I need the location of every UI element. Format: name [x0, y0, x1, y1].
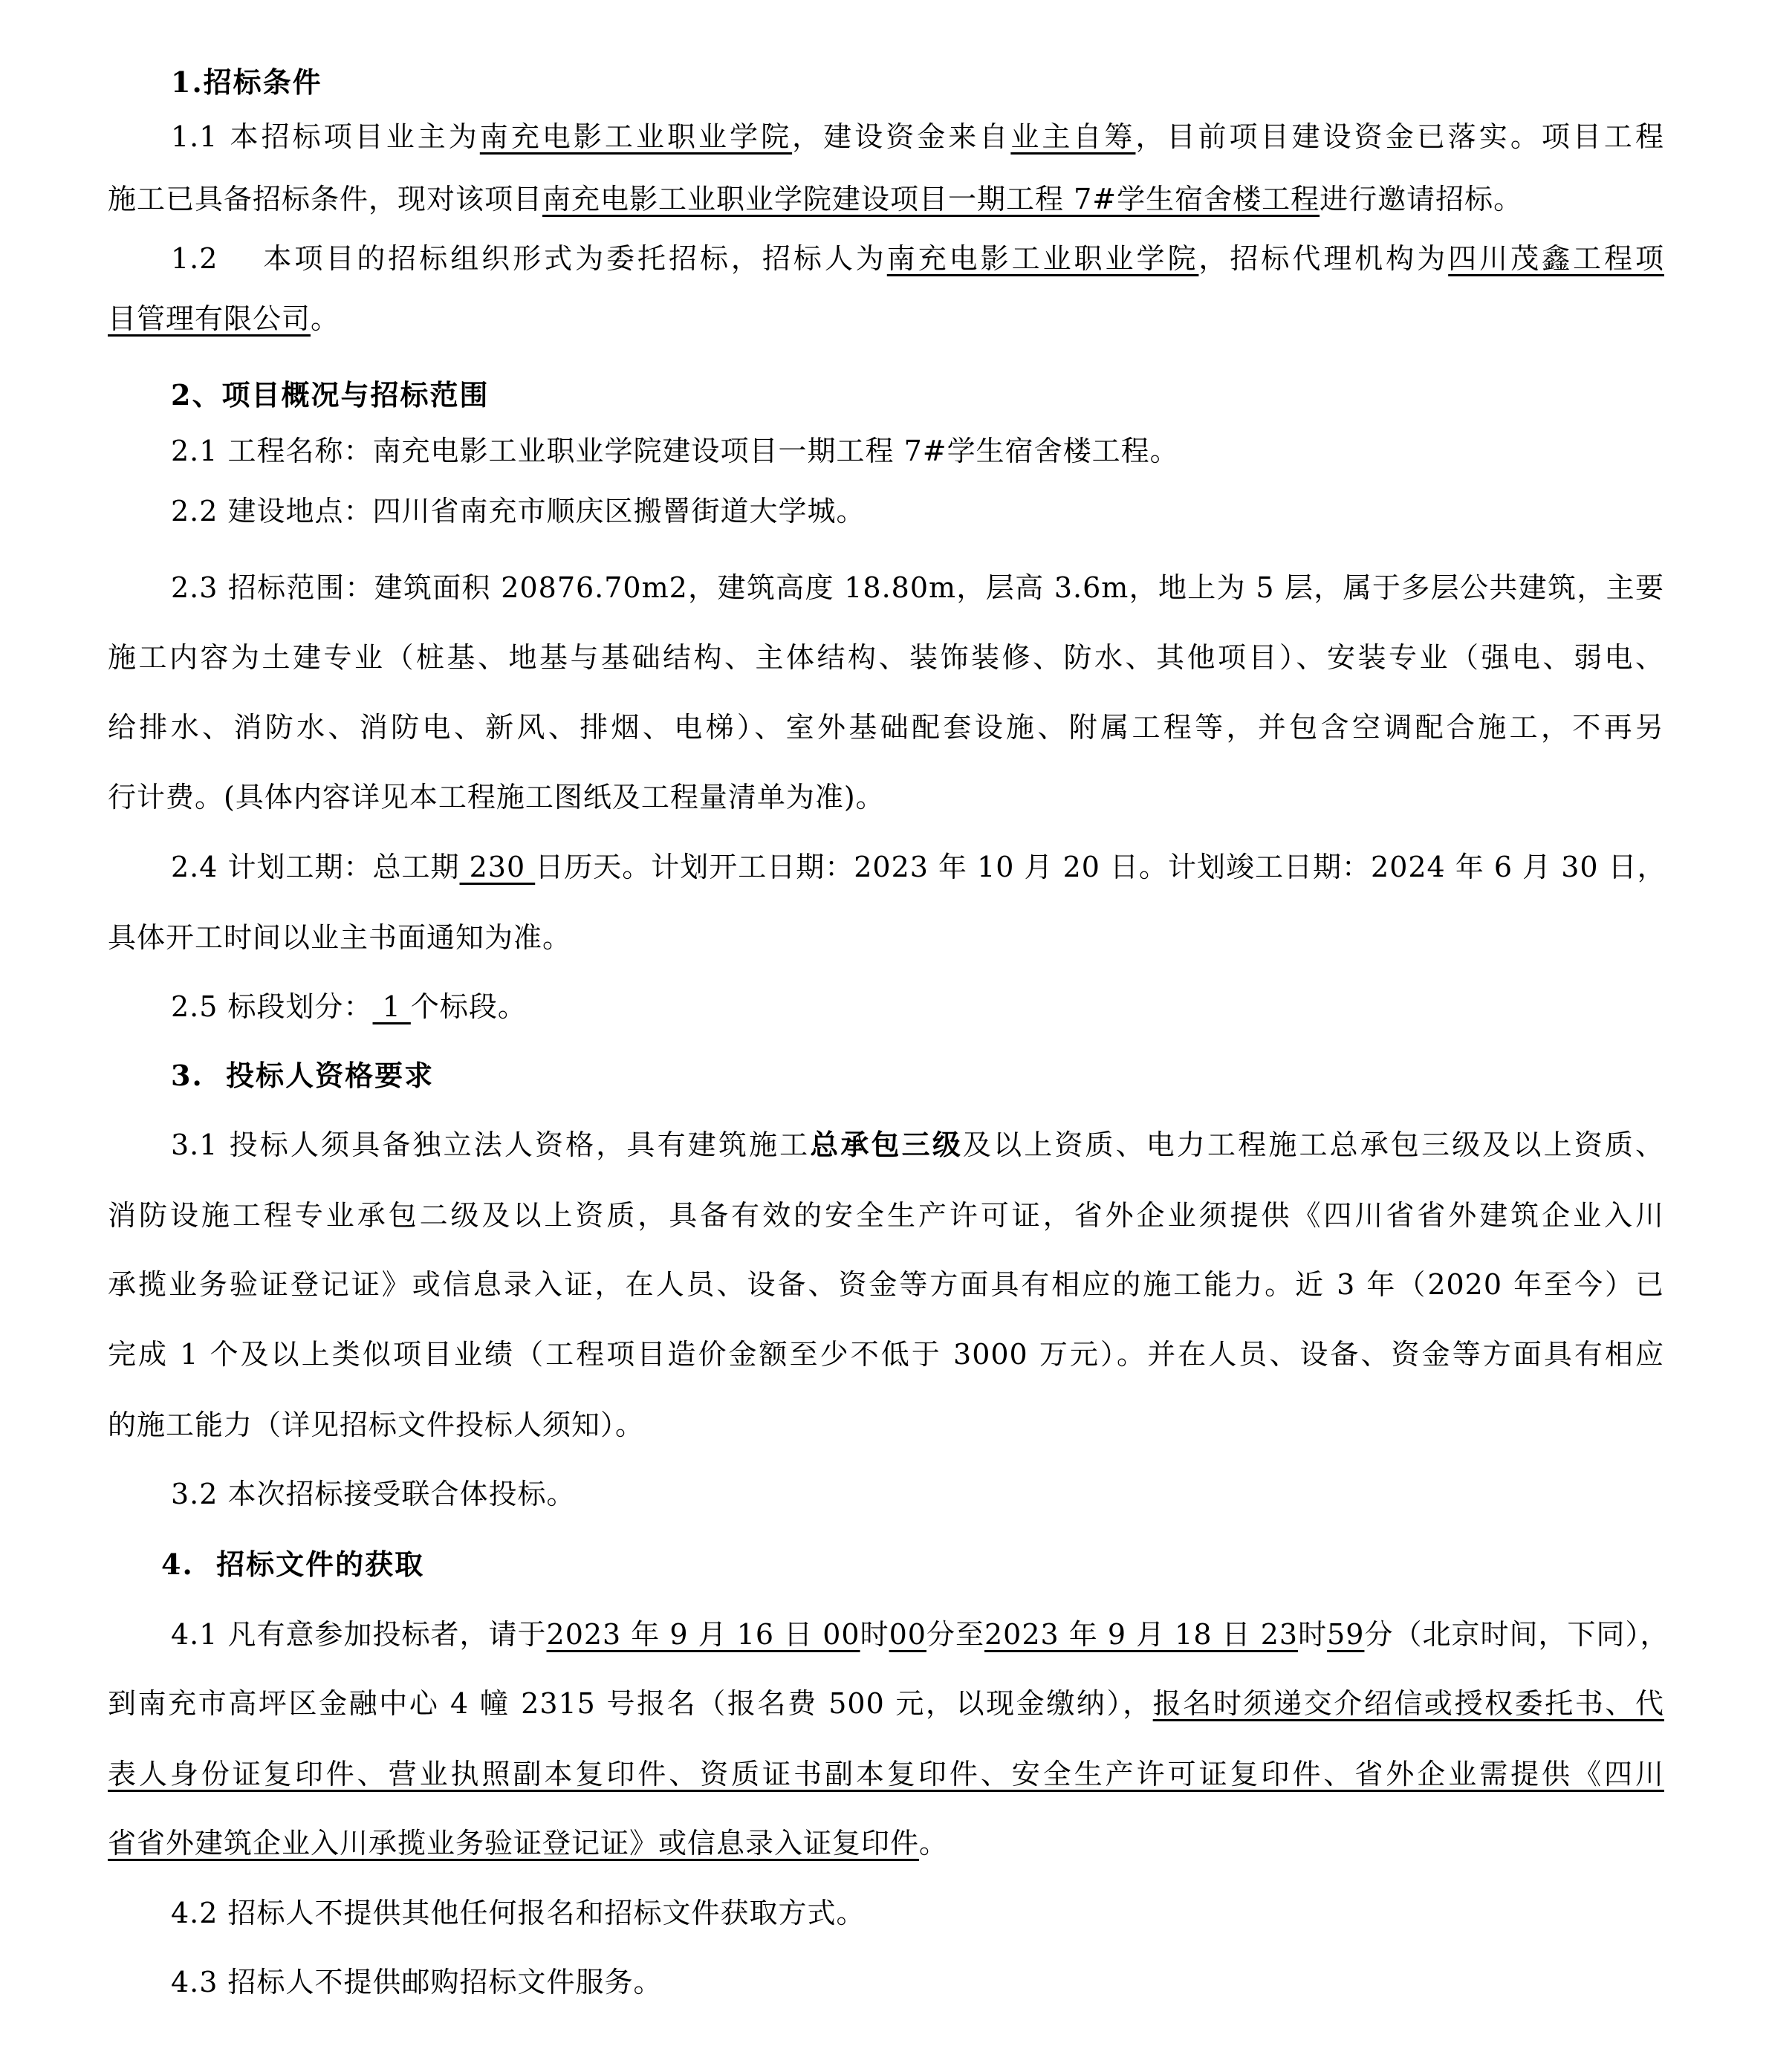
registration-requirements: 省省外建筑企业入川承揽业务验证登记证》或信息录入证复印件 — [108, 1827, 919, 1860]
text: 2.3 招标范围：建筑面积 20876.70m2，建筑高度 18.80m，层高 … — [171, 571, 1664, 604]
registration-start-date: 2023 年 9 月 16 日 00 — [547, 1618, 860, 1651]
text: 分（北京时间，下同）， — [1364, 1618, 1669, 1651]
paragraph-2-2: 2.2 建设地点：四川省南充市顺庆区搬罾街道大学城。 — [171, 493, 1664, 530]
text: 给排水、消防水、消防电、新风、排烟、电梯）、室外基础配套设施、附属工程等，并包含… — [108, 711, 1664, 744]
paragraph-4-1-line-2: 到南充市高坪区金融中心 4 幢 2315 号报名（报名费 500 元，以现金缴纳… — [108, 1685, 1664, 1722]
text: 4.3 招标人不提供邮购招标文件服务。 — [171, 1966, 663, 1998]
text: 施工内容为土建专业（桩基、地基与基础结构、主体结构、装饰装修、防水、其他项目）、… — [108, 641, 1664, 674]
section-3-heading: 3. 投标人资格要求 — [171, 1057, 1664, 1094]
text: 到南充市高坪区金融中心 4 幢 2315 号报名（报名费 500 元，以现金缴纳… — [108, 1687, 1153, 1720]
paragraph-1-2-line-1: 1.2 本项目的招标组织形式为委托招标，招标人为南充电影工业职业学院，招标代理机… — [171, 240, 1664, 277]
text: 3.1 投标人须具备独立法人资格，具有建筑施工 — [171, 1128, 810, 1161]
text: 时 — [860, 1618, 889, 1651]
paragraph-3-1-line-2: 消防设施工程专业承包二级及以上资质，具备有效的安全生产许可证，省外企业须提供《四… — [108, 1197, 1664, 1234]
paragraph-3-1-line-5: 的施工能力（详见招标文件投标人须知）。 — [108, 1406, 1664, 1443]
paragraph-1-1-line-1: 1.1 本招标项目业主为南充电影工业职业学院，建设资金来自业主自筹，目前项目建设… — [171, 118, 1664, 155]
registration-requirements: 报名时须递交介绍信或授权委托书、代 — [1153, 1687, 1664, 1720]
owner-name: 南充电影工业职业学院 — [480, 120, 792, 153]
text: 进行邀请招标。 — [1320, 183, 1522, 215]
text: 4.2 招标人不提供其他任何报名和招标文件获取方式。 — [171, 1897, 866, 1929]
paragraph-2-1: 2.1 工程名称：南充电影工业职业学院建设项目一期工程 7#学生宿舍楼工程。 — [171, 432, 1664, 470]
text: 2.1 工程名称：南充电影工业职业学院建设项目一期工程 7#学生宿舍楼工程。 — [171, 435, 1179, 467]
paragraph-2-4-line-1: 2.4 计划工期：总工期 230 日历天。计划开工日期：2023 年 10 月 … — [171, 848, 1664, 886]
text: 日历天。计划开工日期：2023 年 10 月 20 日。计划竣工日期：2024 … — [535, 851, 1666, 883]
text: ，建设资金来自 — [792, 120, 1010, 153]
paragraph-2-5: 2.5 标段划分： 1 个标段。 — [171, 988, 1664, 1025]
text: 4.1 凡有意参加投标者，请于 — [171, 1618, 547, 1651]
funding-source: 业主自筹 — [1010, 120, 1135, 153]
text: 时 — [1298, 1618, 1327, 1651]
agency-name: 四川茂鑫工程项 — [1448, 242, 1664, 275]
qualification-level: 总承包三级 — [810, 1128, 963, 1161]
text: ，招标代理机构为 — [1198, 242, 1448, 275]
text: 2.5 标段划分： — [171, 990, 373, 1023]
project-name: 南充电影工业职业学院建设项目一期工程 7#学生宿舍楼工程 — [542, 183, 1320, 215]
lot-count: 1 — [373, 990, 411, 1023]
paragraph-2-3-line-3: 给排水、消防水、消防电、新风、排烟、电梯）、室外基础配套设施、附属工程等，并包含… — [108, 709, 1664, 746]
registration-requirements: 表人身份证复印件、营业执照副本复印件、资质证书副本复印件、安全生产许可证复印件、… — [108, 1758, 1664, 1790]
paragraph-4-3: 4.3 招标人不提供邮购招标文件服务。 — [171, 1964, 1664, 2001]
text: 1.1 本招标项目业主为 — [171, 120, 480, 153]
text: 消防设施工程专业承包二级及以上资质，具备有效的安全生产许可证，省外企业须提供《四… — [108, 1199, 1664, 1232]
paragraph-3-2: 3.2 本次招标接受联合体投标。 — [171, 1475, 1664, 1513]
agency-name: 目管理有限公司 — [108, 302, 311, 335]
registration-end-date: 2023 年 9 月 18 日 23 — [984, 1618, 1298, 1651]
heading-text: 1.招标条件 — [171, 65, 322, 99]
text: 承揽业务验证登记证》或信息录入证，在人员、设备、资金等方面具有相应的施工能力。近… — [108, 1268, 1664, 1301]
paragraph-2-4-line-2: 具体开工时间以业主书面通知为准。 — [108, 919, 1664, 956]
paragraph-4-1-line-1: 4.1 凡有意参加投标者，请于2023 年 9 月 16 日 00时00分至20… — [171, 1616, 1664, 1653]
text: 2.2 建设地点：四川省南充市顺庆区搬罾街道大学城。 — [171, 495, 866, 527]
text: ，目前项目建设资金已落实。项目工程 — [1135, 120, 1664, 153]
text: 施工已具备招标条件，现对该项目 — [108, 183, 542, 215]
paragraph-2-3-line-2: 施工内容为土建专业（桩基、地基与基础结构、主体结构、装饰装修、防水、其他项目）、… — [108, 639, 1664, 676]
paragraph-3-1-line-1: 3.1 投标人须具备独立法人资格，具有建筑施工总承包三级及以上资质、电力工程施工… — [171, 1126, 1664, 1163]
paragraph-1-2-line-2: 目管理有限公司。 — [108, 300, 1664, 337]
section-2-heading: 2、项目概况与招标范围 — [171, 377, 1664, 414]
paragraph-2-3-line-1: 2.3 招标范围：建筑面积 20876.70m2，建筑高度 18.80m，层高 … — [171, 569, 1664, 606]
paragraph-4-1-line-4: 省省外建筑企业入川承揽业务验证登记证》或信息录入证复印件。 — [108, 1825, 1664, 1862]
text: 行计费。(具体内容详见本工程施工图纸及工程量清单为准)。 — [108, 781, 885, 813]
tenderer-name: 南充电影工业职业学院 — [887, 242, 1199, 275]
text: 2.4 计划工期：总工期 — [171, 851, 460, 883]
text: 。 — [919, 1827, 948, 1860]
paragraph-3-1-line-4: 完成 1 个及以上类似项目业绩（工程项目造价金额至少不低于 3000 万元）。并… — [108, 1336, 1664, 1373]
text: 。 — [311, 302, 340, 335]
heading-text: 4. 招标文件的获取 — [161, 1547, 424, 1581]
text: 及以上资质、电力工程施工总承包三级及以上资质、 — [963, 1128, 1664, 1161]
duration-days: 230 — [460, 851, 536, 883]
text: 1.2 本项目的招标组织形式为委托招标，招标人为 — [171, 242, 887, 275]
text: 具体开工时间以业主书面通知为准。 — [108, 921, 571, 954]
section-4-heading: 4. 招标文件的获取 — [161, 1546, 1718, 1583]
paragraph-4-1-line-3: 表人身份证复印件、营业执照副本复印件、资质证书副本复印件、安全生产许可证复印件、… — [108, 1756, 1664, 1793]
registration-start-minute: 00 — [889, 1618, 926, 1651]
text: 分至 — [926, 1618, 984, 1651]
registration-end-minute: 59 — [1327, 1618, 1364, 1651]
heading-text: 2、项目概况与招标范围 — [171, 378, 489, 412]
paragraph-2-3-line-4: 行计费。(具体内容详见本工程施工图纸及工程量清单为准)。 — [108, 779, 1664, 816]
text: 完成 1 个及以上类似项目业绩（工程项目造价金额至少不低于 3000 万元）。并… — [108, 1338, 1664, 1371]
section-1-heading: 1.招标条件 — [171, 64, 1664, 101]
text: 个标段。 — [411, 990, 527, 1023]
paragraph-3-1-line-3: 承揽业务验证登记证》或信息录入证，在人员、设备、资金等方面具有相应的施工能力。近… — [108, 1266, 1664, 1303]
heading-text: 3. 投标人资格要求 — [171, 1059, 434, 1092]
text: 的施工能力（详见招标文件投标人须知）。 — [108, 1409, 644, 1441]
document-page: 1.招标条件 1.1 本招标项目业主为南充电影工业职业学院，建设资金来自业主自筹… — [0, 0, 1769, 2072]
paragraph-4-2: 4.2 招标人不提供其他任何报名和招标文件获取方式。 — [171, 1894, 1664, 1932]
paragraph-1-1-line-2: 施工已具备招标条件，现对该项目南充电影工业职业学院建设项目一期工程 7#学生宿舍… — [108, 181, 1664, 218]
text: 3.2 本次招标接受联合体投标。 — [171, 1478, 576, 1510]
